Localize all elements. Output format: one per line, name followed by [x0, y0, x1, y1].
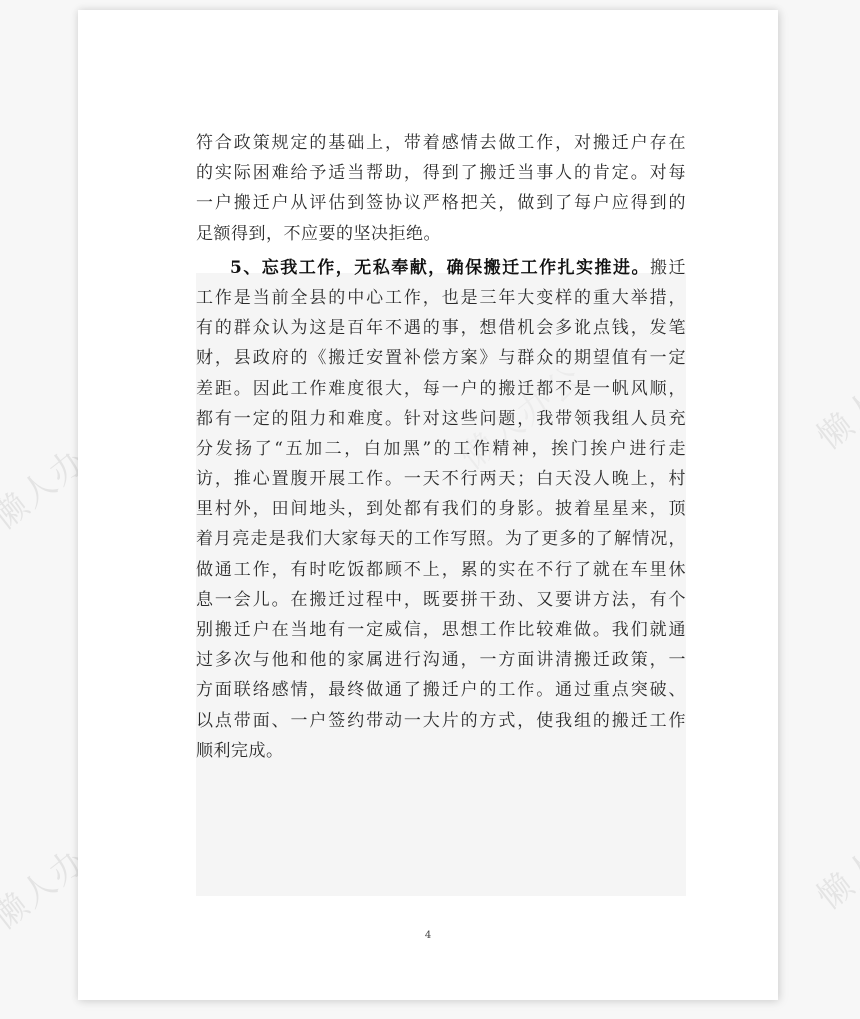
- text-line: 差距。因此工作难度很大，每一户的搬迁都不是一帆风顺，: [196, 374, 686, 404]
- text-line: 顺利完成。: [196, 736, 686, 766]
- paragraph-continued: 符合政策规定的基础上，带着感情去做工作，对搬迁户存在 的实际困难给予适当帮助，得…: [196, 128, 686, 249]
- text-line: 足额得到，不应要的坚决拒绝。: [196, 219, 686, 249]
- page-content: 符合政策规定的基础上，带着感情去做工作，对搬迁户存在 的实际困难给予适当帮助，得…: [196, 128, 686, 766]
- text-line: 分发扬了“五加二，白加黑”的工作精神，挨门挨户进行走: [196, 434, 686, 464]
- watermark: 懒人办公: [805, 331, 860, 458]
- text-line: 别搬迁户在当地有一定威信，思想工作比较难做。我们就通: [196, 615, 686, 645]
- text-line: 方面联络感情，最终做通了搬迁户的工作。通过重点突破、: [196, 675, 686, 705]
- document-page: 懒人办公 符合政策规定的基础上，带着感情去做工作，对搬迁户存在 的实际困难给予适…: [78, 10, 778, 1000]
- section-heading-line: 5、忘我工作，无私奉献，确保搬迁工作扎实推进。搬迁: [196, 253, 686, 283]
- text-line: 财，县政府的《搬迁安置补偿方案》与群众的期望值有一定: [196, 343, 686, 373]
- text-line: 一户搬迁户从评估到签协议严格把关，做到了每户应得到的: [196, 188, 686, 218]
- text-line: 的实际困难给予适当帮助，得到了搬迁当事人的肯定。对每: [196, 158, 686, 188]
- text-line: 息一会儿。在搬迁过程中，既要拼干劲、又要讲方法，有个: [196, 585, 686, 615]
- text-line: 访，推心置腹开展工作。一天不行两天；白天没人晚上，村: [196, 464, 686, 494]
- text-line: 做通工作，有时吃饭都顾不上，累的实在不行了就在车里休: [196, 555, 686, 585]
- watermark: 懒人办公: [805, 791, 860, 918]
- text-fragment: 搬迁: [650, 258, 686, 278]
- text-line: 有的群众认为这是百年不遇的事，想借机会多讹点钱，发笔: [196, 313, 686, 343]
- text-line: 过多次与他和他的家属进行沟通，一方面讲清搬迁政策，一: [196, 645, 686, 675]
- text-line: 以点带面、一户签约带动一大片的方式，使我组的搬迁工作: [196, 706, 686, 736]
- paragraph-section-5: 5、忘我工作，无私奉献，确保搬迁工作扎实推进。搬迁 工作是当前全县的中心工作，也…: [196, 253, 686, 766]
- text-line: 都有一定的阻力和难度。针对这些问题，我带领我组人员充: [196, 404, 686, 434]
- text-line: 着月亮走是我们大家每天的工作写照。为了更多的了解情况，: [196, 524, 686, 554]
- section-heading: 5、忘我工作，无私奉献，确保搬迁工作扎实推进。: [230, 258, 650, 278]
- text-line: 工作是当前全县的中心工作，也是三年大变样的重大举措，: [196, 283, 686, 313]
- page-number: 4: [78, 930, 778, 941]
- text-line: 符合政策规定的基础上，带着感情去做工作，对搬迁户存在: [196, 128, 686, 158]
- text-line: 里村外，田间地头，到处都有我们的身影。披着星星来，顶: [196, 494, 686, 524]
